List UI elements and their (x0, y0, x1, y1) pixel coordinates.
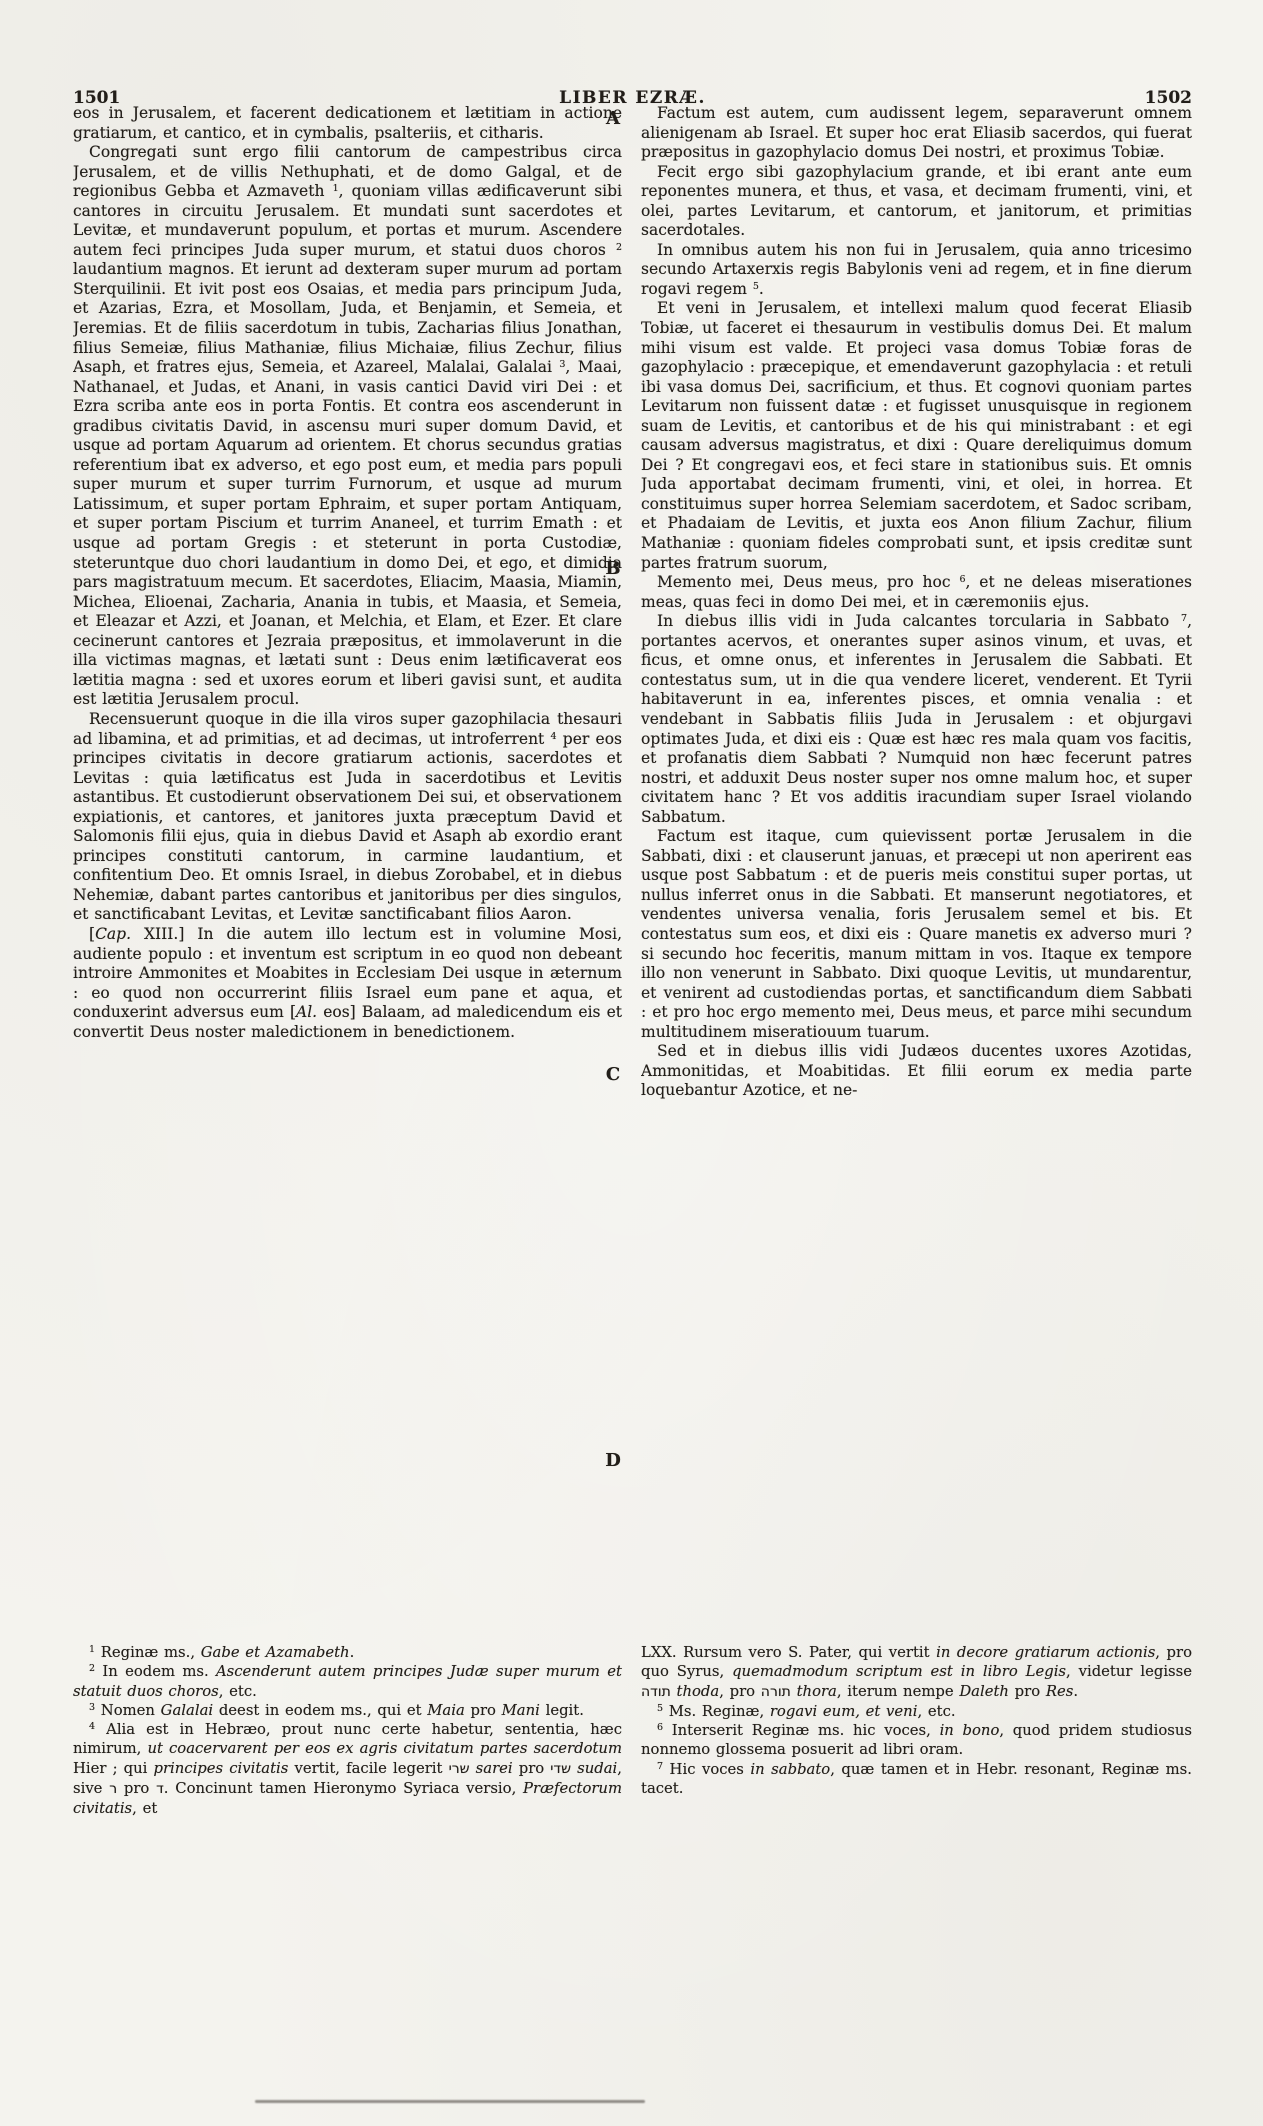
paragraph: Fecit ergo sibi gazophylacium grande, et… (641, 163, 1192, 241)
footnotes-right: LXX. Rursum vero S. Pater, qui vertit in… (641, 1643, 1192, 1798)
footnote: 4 Alia est in Hebræo, prout nunc certe h… (73, 1720, 622, 1818)
paragraph: Memento mei, Deus meus, pro hoc 6, et ne… (641, 573, 1192, 612)
paragraph: [Cap. XIII.] In die autem illo lectum es… (73, 925, 622, 1042)
paragraph: Factum est itaque, cum quievissent portæ… (641, 827, 1192, 1042)
paragraph: Recensuerunt quoque in die illa viros su… (73, 710, 622, 925)
column-marker-A: A (596, 110, 630, 128)
paragraph: Et veni in Jerusalem, et intellexi malum… (641, 299, 1192, 573)
footnote: 1 Reginæ ms., Gabe et Azamabeth. (73, 1643, 622, 1662)
footnote: 7 Hic voces in sabbato, quæ tamen et in … (641, 1760, 1192, 1799)
paragraph: In omnibus autem his non fui in Jerusale… (641, 241, 1192, 300)
footnote: 6 Interserit Reginæ ms. hic voces, in bo… (641, 1721, 1192, 1760)
paragraph: Congregati sunt ergo filii cantorum de c… (73, 143, 622, 710)
footnote: 5 Ms. Reginæ, rogavi eum, et veni, etc. (641, 1702, 1192, 1721)
paragraph: Sed et in diebus illis vidi Judæos ducen… (641, 1042, 1192, 1101)
scan-artifact-line (255, 2100, 645, 2103)
column-marker-D: D (596, 1452, 630, 1470)
paragraph: eos in Jerusalem, et facerent dedication… (73, 104, 622, 143)
book-page-scan: 1501 LIBER EZRÆ. 1502 eos in Jerusalem, … (0, 0, 1263, 2126)
text-column-right: Factum est autem, cum audissent legem, s… (641, 104, 1192, 1101)
footnote: LXX. Rursum vero S. Pater, qui vertit in… (641, 1643, 1192, 1702)
paragraph: Factum est autem, cum audissent legem, s… (641, 104, 1192, 163)
paragraph: In diebus illis vidi in Juda calcantes t… (641, 612, 1192, 827)
footnote-marker: 2 (616, 242, 622, 253)
text-column-left: eos in Jerusalem, et facerent dedication… (73, 104, 622, 1042)
footnote: 2 In eodem ms. Ascenderunt autem princip… (73, 1662, 622, 1701)
footnotes-left: 1 Reginæ ms., Gabe et Azamabeth.2 In eod… (73, 1643, 622, 1819)
footnote: 3 Nomen Galalai deest in eodem ms., qui … (73, 1701, 622, 1720)
column-marker-C: C (596, 1066, 630, 1084)
column-marker-B: B (596, 560, 630, 578)
